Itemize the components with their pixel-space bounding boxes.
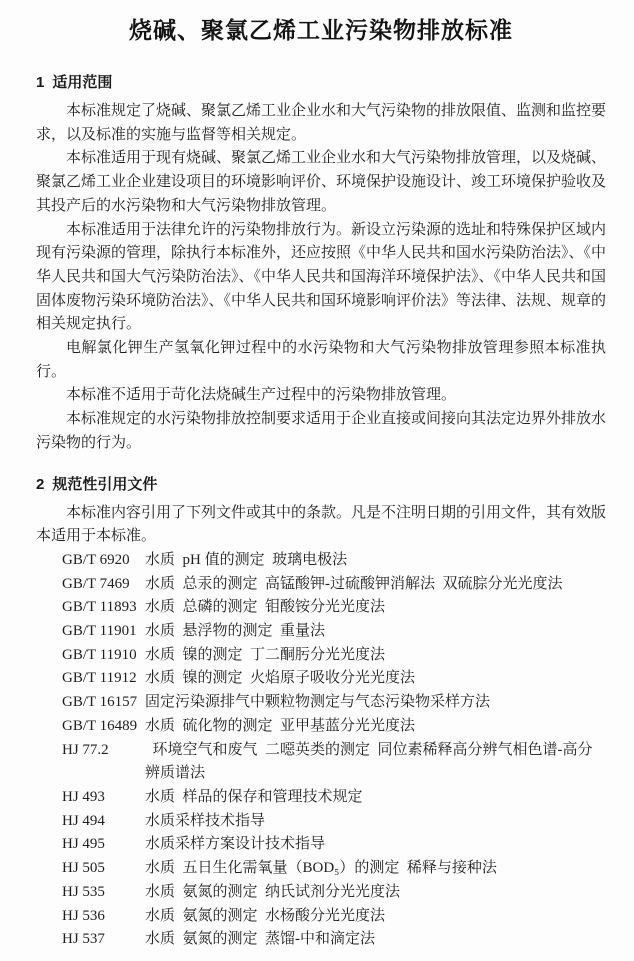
reference-description: 水质 pH 值的测定 玻璃电极法 xyxy=(145,549,606,573)
reference-code: HJ 494 xyxy=(62,810,145,834)
reference-description: 水质 镍的测定 火焰原子吸收分光光度法 xyxy=(145,667,606,691)
reference-item: GB/T 6920 水质 pH 值的测定 玻璃电极法 xyxy=(62,549,606,573)
reference-description: 水质采样技术指导 xyxy=(145,810,606,834)
references-list: GB/T 6920 水质 pH 值的测定 玻璃电极法 GB/T 7469 水质 … xyxy=(36,549,606,952)
reference-code: HJ 77.2 xyxy=(62,739,145,763)
scope-paragraph-2: 本标准适用于现有烧碱、聚氯乙烯工业企业水和大气污染物排放管理，以及烧碱、聚氯乙烯… xyxy=(36,147,606,218)
reference-item: GB/T 16489 水质 硫化物的测定 亚甲基蓝分光光度法 xyxy=(62,715,606,739)
reference-description: 水质采样方案设计技术指导 xyxy=(145,833,606,857)
reference-code: GB/T 7469 xyxy=(62,573,145,597)
section-1-heading: 1适用范围 xyxy=(36,75,606,91)
reference-item: HJ 495 水质采样方案设计技术指导 xyxy=(62,833,606,857)
reference-description: 水质 总磷的测定 钼酸铵分光光度法 xyxy=(145,596,606,620)
section-1-title: 适用范围 xyxy=(52,75,112,91)
reference-code: GB/T 16157 xyxy=(62,691,145,715)
reference-code: HJ 537 xyxy=(62,928,145,952)
document-title: 烧碱、聚氯乙烯工业污染物排放标准 xyxy=(36,18,606,42)
section-scope: 1适用范围 本标准规定了烧碱、聚氯乙烯工业企业水和大气污染物的排放限值、监测和监… xyxy=(36,75,606,456)
reference-item: GB/T 16157 固定污染源排气中颗粒物测定与气态污染物采样方法 xyxy=(62,691,606,715)
section-2-number: 2 xyxy=(36,477,44,493)
reference-code: HJ 535 xyxy=(62,881,145,905)
section-2-heading: 2规范性引用文件 xyxy=(36,477,606,493)
section-2-title: 规范性引用文件 xyxy=(52,477,157,493)
reference-description: 水质 氨氮的测定 水杨酸分光光度法 xyxy=(145,905,606,929)
reference-item: GB/T 11901 水质 悬浮物的测定 重量法 xyxy=(62,620,606,644)
reference-description: 固定污染源排气中颗粒物测定与气态污染物采样方法 xyxy=(145,691,606,715)
reference-description: 水质 总汞的测定 高锰酸钾-过硫酸钾消解法 双硫腙分光光度法 xyxy=(145,573,606,597)
reference-description: 水质 氨氮的测定 蒸馏-中和滴定法 xyxy=(145,928,606,952)
reference-item: HJ 536 水质 氨氮的测定 水杨酸分光光度法 xyxy=(62,905,606,929)
scope-paragraph-3: 本标准适用于法律允许的污染物排放行为。新设立污染源的选址和特殊保护区域内现有污染… xyxy=(36,219,606,338)
reference-code: GB/T 16489 xyxy=(62,715,145,739)
reference-code: GB/T 11910 xyxy=(62,644,145,668)
reference-code: GB/T 11912 xyxy=(62,667,145,691)
scope-paragraph-1: 本标准规定了烧碱、聚氯乙烯工业企业水和大气污染物的排放限值、监测和监控要求，以及… xyxy=(36,100,606,147)
reference-item: GB/T 11893 水质 总磷的测定 钼酸铵分光光度法 xyxy=(62,596,606,620)
reference-description: 环境空气和废气 二噁英类的测定 同位素稀释高分辨气相色谱-高分辨质谱法 xyxy=(145,739,606,786)
reference-item: HJ 535 水质 氨氮的测定 纳氏试剂分光光度法 xyxy=(62,881,606,905)
reference-description: 水质 悬浮物的测定 重量法 xyxy=(145,620,606,644)
reference-description: 水质 五日生化需氧量（BOD₅）的测定 稀释与接种法 xyxy=(145,857,606,881)
scope-paragraph-5: 本标准不适用于苛化法烧碱生产过程中的污染物排放管理。 xyxy=(36,384,606,408)
reference-item: HJ 537 水质 氨氮的测定 蒸馏-中和滴定法 xyxy=(62,928,606,952)
reference-description: 水质 样品的保存和管理技术规定 xyxy=(145,786,606,810)
reference-description: 水质 镍的测定 丁二酮肟分光光度法 xyxy=(145,644,606,668)
reference-description: 水质 硫化物的测定 亚甲基蓝分光光度法 xyxy=(145,715,606,739)
reference-item: HJ 494 水质采样技术指导 xyxy=(62,810,606,834)
reference-description: 水质 氨氮的测定 纳氏试剂分光光度法 xyxy=(145,881,606,905)
references-intro: 本标准内容引用了下列文件或其中的条款。凡是不注明日期的引用文件，其有效版本适用于… xyxy=(36,502,606,549)
reference-code: HJ 495 xyxy=(62,833,145,857)
reference-item: GB/T 11910 水质 镍的测定 丁二酮肟分光光度法 xyxy=(62,644,606,668)
reference-code: GB/T 6920 xyxy=(62,549,145,573)
reference-item: GB/T 11912 水质 镍的测定 火焰原子吸收分光光度法 xyxy=(62,667,606,691)
section-normative-references: 2规范性引用文件 本标准内容引用了下列文件或其中的条款。凡是不注明日期的引用文件… xyxy=(36,477,606,952)
reference-item: HJ 493 水质 样品的保存和管理技术规定 xyxy=(62,786,606,810)
scope-paragraph-4: 电解氯化钾生产氢氧化钾过程中的水污染物和大气污染物排放管理参照本标准执行。 xyxy=(36,337,606,384)
reference-code: GB/T 11901 xyxy=(62,620,145,644)
document-page: 烧碱、聚氯乙烯工业污染物排放标准 1适用范围 本标准规定了烧碱、聚氯乙烯工业企业… xyxy=(0,0,634,961)
reference-code: GB/T 11893 xyxy=(62,596,145,620)
reference-code: HJ 536 xyxy=(62,905,145,929)
section-1-number: 1 xyxy=(36,75,44,91)
reference-item: HJ 505 水质 五日生化需氧量（BOD₅）的测定 稀释与接种法 xyxy=(62,857,606,881)
reference-code: HJ 505 xyxy=(62,857,145,881)
reference-item: HJ 77.2 环境空气和废气 二噁英类的测定 同位素稀释高分辨气相色谱-高分辨… xyxy=(62,739,606,786)
scope-paragraph-6: 本标准规定的水污染物排放控制要求适用于企业直接或间接向其法定边界外排放水污染物的… xyxy=(36,408,606,455)
reference-item: GB/T 7469 水质 总汞的测定 高锰酸钾-过硫酸钾消解法 双硫腙分光光度法 xyxy=(62,573,606,597)
reference-code: HJ 493 xyxy=(62,786,145,810)
